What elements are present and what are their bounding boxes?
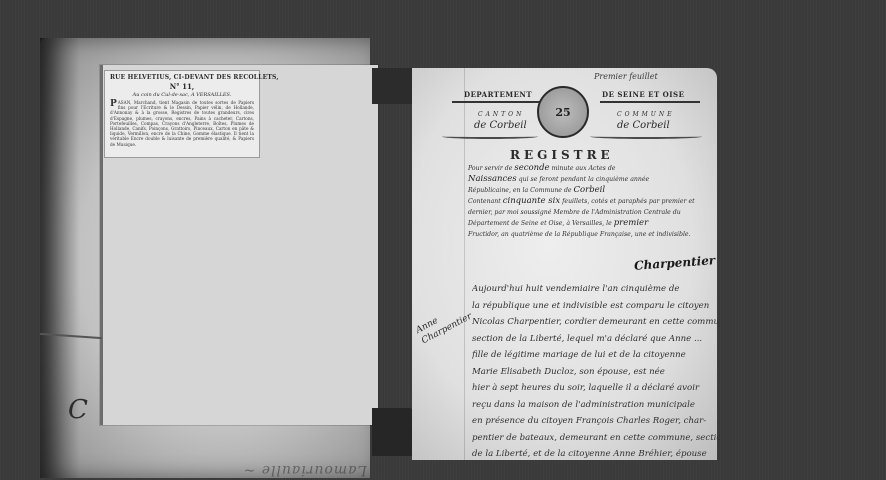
manuscript-line: de la Liberté, et de la citoyenne Anne B… — [472, 446, 720, 463]
label-street: RUE HELVETIUS, CI-DEVANT DES RECOLLETS, — [110, 74, 254, 81]
bottom-edge-scrawl: ~ Lamouriaulle ~ — [55, 448, 385, 478]
birth-record-entry: Aujourd'hui huit vendemiaire l'an cinqui… — [472, 281, 720, 463]
canton-label: CANTON — [478, 111, 524, 118]
label-location: Au coin du Cul-de-sac, A VERSAILLES. — [110, 92, 254, 98]
gutter-tab-top — [372, 68, 412, 104]
label-number: N° 11, — [110, 82, 254, 91]
preamble-text: Contenant — [468, 198, 501, 205]
register-title: REGISTRE — [510, 148, 614, 162]
preamble-handwritten: cinquante six — [503, 196, 560, 206]
department-label: DEPARTEMENT — [464, 90, 532, 99]
cover-letter-marking: C — [68, 395, 88, 425]
manuscript-line: Marie Elisabeth Ducloz, son épouse, est … — [472, 364, 720, 381]
manuscript-line: pentier de bateaux, demeurant en cette c… — [472, 430, 720, 447]
preamble-handwritten: Corbeil — [574, 185, 606, 195]
tax-stamp-seal: 25 — [537, 86, 589, 138]
right-register-page: Premier feuillet DEPARTEMENT DE SEINE ET… — [412, 68, 717, 460]
preamble-text: minute aux Actes de — [552, 165, 616, 172]
label-dropcap: P — [110, 100, 117, 108]
manuscript-line: fille de légitime mariage de lui et de l… — [472, 347, 720, 364]
preamble-text: qui se feront pendant la cinquième année — [519, 176, 650, 183]
preamble-text: Fructidor, an quatrième de la République… — [468, 231, 691, 238]
flourish-right — [590, 134, 702, 139]
manuscript-line: Aujourd'hui huit vendemiaire l'an cinqui… — [472, 281, 720, 298]
manuscript-line: hier à sept heures du soir, laquelle il … — [472, 380, 720, 397]
preamble-text: Pour servir de — [468, 165, 512, 172]
printed-preamble: Pour servir de seconde minute aux Actes … — [468, 163, 710, 240]
bookseller-label: RUE HELVETIUS, CI-DEVANT DES RECOLLETS, … — [104, 70, 260, 158]
header-rule-left — [452, 101, 544, 103]
preamble-handwritten: premier — [614, 218, 648, 228]
preamble-text: Républicaine, en la Commune de — [468, 187, 572, 194]
department-value: DE SEINE ET OISE — [602, 90, 684, 99]
folio-note: Premier feuillet — [594, 72, 658, 81]
gutter-tab-bottom — [372, 408, 412, 456]
manuscript-line: en présence du citoyen François Charles … — [472, 413, 720, 430]
margin-line — [464, 68, 465, 460]
preamble-handwritten: seconde — [514, 163, 549, 173]
commune-label: COMMUNE — [617, 111, 674, 118]
canton-value: de Corbeil — [474, 120, 527, 131]
flourish-left — [442, 134, 538, 139]
manuscript-line: la république une et indivisible est com… — [472, 298, 720, 315]
label-body: PASAN, Marchand, tient Magasin de toutes… — [110, 100, 254, 147]
margin-name-note: Anne Charpentier — [414, 300, 474, 347]
manuscript-line: Nicolas Charpentier, cordier demeurant e… — [472, 314, 720, 331]
header-rule-right — [600, 101, 700, 103]
official-signature: Charpentier — [634, 253, 716, 273]
manuscript-line: section de la Liberté, lequel m'a déclar… — [472, 331, 720, 348]
commune-value: de Corbeil — [617, 120, 670, 131]
manuscript-line: reçu dans la maison de l'administration … — [472, 397, 720, 414]
stamp-value: 25 — [555, 106, 570, 119]
label-body-text: ASAN, Marchand, tient Magasin de toutes … — [110, 100, 254, 147]
preamble-handwritten: Naissances — [468, 174, 517, 184]
document-scan: RUE HELVETIUS, CI-DEVANT DES RECOLLETS, … — [0, 0, 886, 480]
